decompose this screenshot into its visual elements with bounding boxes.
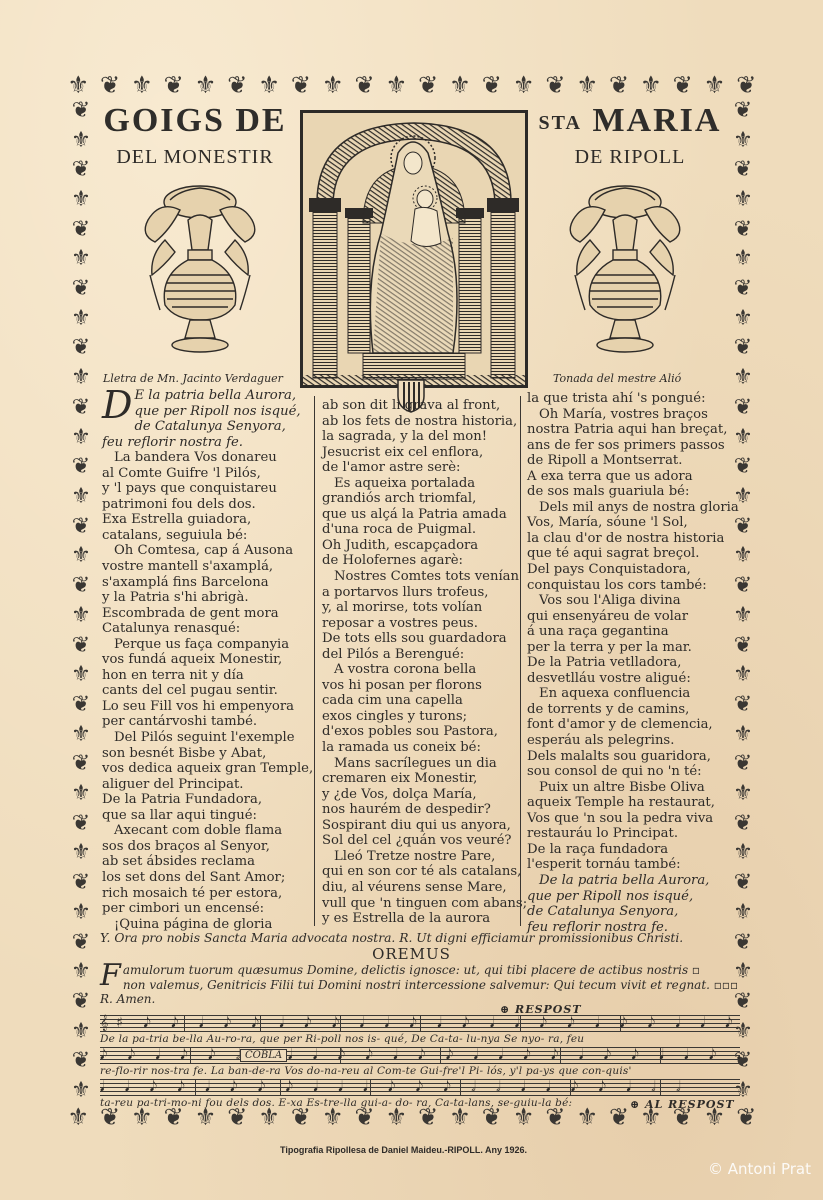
floral-ornament-icon: ❦ (545, 73, 565, 97)
poem-line: de Ripoll a Montserrat. (527, 453, 737, 469)
floral-ornament-icon: ⚜ (733, 189, 753, 211)
poem-line: á una raça gegantina (527, 624, 737, 640)
column-divider-1 (314, 396, 315, 926)
floral-ornament-icon: ⚜ (71, 902, 91, 924)
poem-line: La bandera Vos donareu (102, 450, 312, 466)
floral-ornament-icon: ⚜ (386, 73, 408, 97)
poem-line: Sol del cel ¿quán vos veuré? (322, 833, 522, 849)
poem-line: De la Patria vetlladora, (527, 655, 737, 671)
title-goigs-de: GOIGS DE (95, 103, 295, 139)
poem-line: al Comte Guifre 'l Pilós, (102, 466, 312, 482)
poem-line: Lo seu Fill vos hi empenyora (102, 699, 312, 715)
floral-ornament-icon: ⚜ (195, 73, 217, 97)
floral-ornament-icon: ⚜ (71, 724, 91, 746)
poem-line: Perque us faça companyia (102, 637, 312, 653)
poem-line: restauráu lo Principat. (527, 826, 737, 842)
floral-ornament-icon: ⚜ (71, 605, 91, 627)
poem-line: d'una roca de Puigmal. (322, 522, 522, 538)
poem-line: ab son dit li grava al front, (322, 398, 522, 414)
oremus-heading: OREMUS (0, 945, 823, 963)
poem-line: Dels malalts sou guaridora, (527, 749, 737, 765)
poem-line: s'axamplá fins Barcelona (102, 575, 312, 591)
poem-line: qui en son cor té als catalans, (322, 864, 522, 880)
floral-ornament-icon: ⚜ (71, 367, 91, 389)
floral-ornament-icon: ⚜ (71, 248, 91, 270)
floral-ornament-icon: ❦ (72, 1050, 90, 1072)
poem-line: ans de fer sos primers passos (527, 438, 737, 454)
poem-line: los set dons del Sant Amor; (102, 870, 312, 886)
poem-line: vostre mantell s'axamplá, (102, 559, 312, 575)
poem-dropcap: D (102, 389, 132, 421)
poem-line: cada cim una capella (322, 693, 522, 709)
floral-ornament-icon: ❦ (734, 278, 752, 300)
poem-line: per cimbori un encensé: (102, 901, 312, 917)
floral-ornament-icon: ❦ (72, 813, 90, 835)
collect-dropcap: F (100, 963, 121, 989)
poem-line: nostra Patria aqui han breçat, (527, 422, 737, 438)
music-notes: 𝅘𝅥𝅮 𝅘𝅥𝅮 𝅘𝅥 𝅘𝅥𝅮 𝅘𝅥𝅮 𝅗𝅥 ♯ 𝅘𝅥 𝅘𝅥 𝅘𝅥𝅮 𝅘𝅥𝅮 𝅘𝅥… (100, 1043, 740, 1067)
poem-line: aliguer del Principat. (102, 777, 312, 793)
poem-line: feu reflorir nostra fe. (102, 435, 312, 451)
floral-ornament-icon: ❦ (164, 73, 184, 97)
poem-line: De tots ells sou guardadora (322, 631, 522, 647)
floral-ornament-icon: ⚜ (71, 842, 91, 864)
poem-line: reposar a vostres peus. (322, 616, 522, 632)
collect-line-2: non valemus, Genitricis Filii tui Domini… (100, 978, 740, 993)
poem-line: Oh Comtesa, cap á Ausona (102, 543, 312, 559)
title-block-left: GOIGS DE DEL MONESTIR (95, 103, 295, 169)
floral-ornament-icon: ❦ (72, 397, 90, 419)
poem-line: per la terra y per la mar. (527, 640, 737, 656)
poem-line: Axecant com doble flama (102, 823, 312, 839)
floral-ornament-icon: ⚜ (68, 1105, 90, 1129)
poem-line: Vos, María, sóune 'l Sol, (527, 515, 737, 531)
poem-line: ab los fets de nostra historia, (322, 414, 522, 430)
floral-ornament-icon: ❦ (736, 73, 756, 97)
floral-ornament-icon: ❦ (227, 73, 247, 97)
poem-line: son besnét Bisbe y Abat, (102, 746, 312, 762)
floral-ornament-icon: ❦ (72, 159, 90, 181)
floral-ornament-icon: ⚜ (68, 73, 90, 97)
title-sta-maria: STA MARIA (530, 103, 730, 139)
floral-ornament-icon: ❦ (72, 456, 90, 478)
virgin-and-child-woodcut-icon (300, 110, 528, 388)
floral-ornament-icon: ⚜ (131, 73, 153, 97)
floral-ornament-icon: ⚜ (733, 130, 753, 152)
copyright-watermark: © Antoni Prat (708, 1160, 811, 1178)
poem-line: de torrents y de camins, (527, 702, 737, 718)
collect-prayer: F amulorum tuorum quæsumus Domine, delic… (100, 963, 740, 1007)
floral-ornament-icon: ❦ (72, 516, 90, 538)
floral-ornament-icon: ⚜ (71, 486, 91, 508)
versicle-response: Y. Ora pro nobis Sancta Maria advocata n… (100, 931, 740, 945)
poem-line: sou consol de qui no 'n té: (527, 764, 737, 780)
floral-ornament-icon: ❦ (482, 73, 502, 97)
floral-ornament-icon: ⚜ (640, 73, 662, 97)
border-top: ⚜❦⚜❦⚜❦⚜❦⚜❦⚜❦⚜❦⚜❦⚜❦⚜❦⚜❦ (62, 66, 762, 104)
floral-ornament-icon: ❦ (72, 753, 90, 775)
poem-line: per cantárvoshi també. (102, 714, 312, 730)
subtitle-de-ripoll: DE RIPOLL (530, 145, 730, 169)
poem-line: cremaren eix Monestir, (322, 771, 522, 787)
poem-line: la que trista ahí 's pongué: (527, 391, 737, 407)
floral-ornament-icon: ⚜ (71, 545, 91, 567)
poem-line: ab set ábsides reclama (102, 854, 312, 870)
title-sta-superscript: STA (539, 112, 582, 134)
poem-line: vos fundá aqueix Monestir, (102, 652, 312, 668)
poem-line: Oh María, vostres braços (527, 407, 737, 423)
title-block-right: STA MARIA DE RIPOLL (530, 103, 730, 169)
subtitle-del-monestir: DEL MONESTIR (95, 145, 295, 169)
floral-ornament-icon: ⚜ (513, 73, 535, 97)
poem-line: Dels mil anys de nostra gloria (527, 500, 737, 516)
poem-line: Del pays Conquistadora, (527, 562, 737, 578)
poem-line: patrimoni fou dels dos. (102, 497, 312, 513)
floral-ornament-icon: ⚜ (733, 248, 753, 270)
poem-line: A exa terra que us adora (527, 469, 737, 485)
poem-line: hon en terra nit y día (102, 668, 312, 684)
floral-ornament-icon: ❦ (72, 991, 90, 1013)
floral-ornament-icon: ❦ (72, 219, 90, 241)
poem-line: font d'amor y de clemencia, (527, 717, 737, 733)
floral-ornament-icon: ⚜ (71, 308, 91, 330)
poem-line: Exa Estrella guiadora, (102, 512, 312, 528)
poem-line: diu, al véurens sense Mare, (322, 880, 522, 896)
poem-line: Puix un altre Bisbe Oliva (527, 780, 737, 796)
floral-ornament-icon: ❦ (100, 73, 120, 97)
poem-line: de Catalunya Senyora, (527, 904, 737, 920)
poem-line: vos dedica aqueix gran Temple, (102, 761, 312, 777)
poem-line: conquistau los cors també: (527, 578, 737, 594)
poem-line: del Pilós a Berengué: (322, 647, 522, 663)
poem-line: a portarvos llurs trofeus, (322, 585, 522, 601)
floral-ornament-icon: ⚜ (71, 427, 91, 449)
floral-ornament-icon: ⚜ (322, 73, 344, 97)
cobla-label: COBLA (240, 1049, 287, 1062)
poem-line: de sos mals guariula bé: (527, 484, 737, 500)
floral-ornament-icon: ❦ (673, 73, 693, 97)
collect-line-3: R. Amen. (100, 992, 740, 1007)
poem-line: rich mosaich té per estora, (102, 886, 312, 902)
poem-line: De la Patria Fundadora, (102, 792, 312, 808)
floral-ornament-icon: ❦ (355, 73, 375, 97)
poem-line: Oh Judith, escapçadora (322, 538, 522, 554)
poem-line: que sa llar aqui tingué: (102, 808, 312, 824)
floral-ornament-icon: ❦ (72, 872, 90, 894)
poem-line: De la raça fundadora (527, 842, 737, 858)
poem-line: aqueix Temple ha restaurat, (527, 795, 737, 811)
floral-ornament-icon: ❦ (72, 635, 90, 657)
poem-line: que per Ripoll nos isqué, (527, 889, 737, 905)
poem-line: A vostra corona bella (322, 662, 522, 678)
poem-line: la ramada us coneix bé: (322, 740, 522, 756)
poem-line: catalans, seguiula bé: (102, 528, 312, 544)
floral-ornament-icon: ⚜ (71, 1021, 91, 1043)
poem-line: nos haurém de despedir? (322, 802, 522, 818)
poem-line: exos cingles y turons; (322, 709, 522, 725)
poem-line: l'esperit tornáu també: (527, 857, 737, 873)
floral-ornament-icon: ❦ (734, 337, 752, 359)
floral-ornament-icon: ❦ (734, 159, 752, 181)
floral-ornament-icon: ⚜ (733, 367, 753, 389)
poem-column-1: DE la patria bella Aurora,que per Ripoll… (102, 388, 312, 932)
poem-line: que té aqui sagrat breçol. (527, 546, 737, 562)
poem-line: y 'l pays que conquistareu (102, 481, 312, 497)
al-respost-mark: ⊕ AL RESPOST (630, 1098, 735, 1111)
poem-line: De la patria bella Aurora, (527, 873, 737, 889)
floral-ornament-icon: ❦ (418, 73, 438, 97)
poem-line: d'exos pobles sou Pastora, (322, 724, 522, 740)
floral-ornament-icon: ❦ (72, 100, 90, 122)
poem-line: la sagrada, y la del mon! (322, 429, 522, 445)
poem-line: vos hi posan per florons (322, 678, 522, 694)
poem-line: Sospirant diu qui us anyora, (322, 818, 522, 834)
poem-line: y la Patria s'hi abrigà. (102, 590, 312, 606)
poem-line: la clau d'or de nostra historia (527, 531, 737, 547)
poem-line: desvetlláu vostre aligué: (527, 671, 737, 687)
poem-line: Del Pilós seguint l'exemple (102, 730, 312, 746)
music-notes: 𝅘𝅥 𝅘𝅥 𝅘𝅥𝅮 𝅘𝅥𝅮 𝅘𝅥 𝅘𝅥𝅮 𝅘𝅥𝅮 𝅘𝅥𝅮 𝅘𝅥 𝅘𝅥 𝅘𝅥 𝅘𝅥… (100, 1075, 740, 1099)
poem-line: Es aqueixa portalada (322, 476, 522, 492)
poem-line: Lleó Tretze nostre Pare, (322, 849, 522, 865)
poem-line: En aquexa confluencia (527, 686, 737, 702)
collect-line-1: amulorum tuorum quæsumus Domine, delicti… (100, 963, 740, 978)
floral-ornament-icon: ⚜ (71, 130, 91, 152)
floral-ornament-icon: ⚜ (449, 73, 471, 97)
poem-line: y, al morirse, tots volían (322, 600, 522, 616)
poem-line: y es Estrella de la aurora (322, 911, 522, 927)
poem-column-3: la que trista ahí 's pongué:Oh María, vo… (527, 391, 737, 935)
floral-ornament-icon: ⚜ (704, 73, 726, 97)
poem-line: Escombrada de gent mora (102, 606, 312, 622)
poem-line: grandiós arch triomfal, (322, 491, 522, 507)
floral-ornament-icon: ⚜ (258, 73, 280, 97)
poem-line: E la patria bella Aurora, (102, 388, 312, 404)
floral-ornament-icon: ⚜ (71, 189, 91, 211)
title-maria: MARIA (592, 102, 721, 139)
poem-line: de l'amor astre serè: (322, 460, 522, 476)
floral-ornament-icon: ⚜ (71, 783, 91, 805)
floral-ornament-icon: ❦ (72, 337, 90, 359)
poem-line: sos dos braços al Senyor, (102, 839, 312, 855)
floral-ornament-icon: ❦ (72, 575, 90, 597)
printer-imprint: Tipografia Ripollesa de Daniel Maideu.-R… (280, 1145, 527, 1155)
music-notes: 𝄞♯ 𝅘𝅥𝅮 𝅘𝅥𝅮 𝅘𝅥 𝅘𝅥𝅮 𝅘𝅥𝅮 𝅘𝅥 𝅘𝅥𝅮 𝅘𝅥𝅮 𝅘𝅥 𝅘𝅥 𝅘… (100, 1011, 740, 1035)
flower-vase-left-icon (130, 180, 270, 360)
poem-line: Nostres Comtes tots venían (322, 569, 522, 585)
floral-ornament-icon: ❦ (734, 100, 752, 122)
floral-ornament-icon: ⚜ (577, 73, 599, 97)
column-divider-2 (520, 396, 521, 926)
floral-ornament-icon: ⚜ (71, 664, 91, 686)
floral-ornament-icon: ⚜ (733, 308, 753, 330)
poem-line: que us alçá la Patria amada (322, 507, 522, 523)
poem-line: y ¿de Vos, dolça María, (322, 787, 522, 803)
poem-line: Catalunya renasqué: (102, 621, 312, 637)
floral-ornament-icon: ⚜ (71, 961, 91, 983)
poem-line: Vos sou l'Aliga divina (527, 593, 737, 609)
flower-vase-right-icon (555, 180, 695, 360)
poem-line: Jesucrist eix cel enflora, (322, 445, 522, 461)
poem-line: cants del cel pugau sentir. (102, 683, 312, 699)
floral-ornament-icon: ❦ (291, 73, 311, 97)
poem-line: de Catalunya Senyora, (102, 419, 312, 435)
poem-line: Mans sacrílegues un dia (322, 756, 522, 772)
floral-ornament-icon: ❦ (609, 73, 629, 97)
floral-ornament-icon: ⚜ (71, 1080, 91, 1102)
floral-ornament-icon: ❦ (734, 219, 752, 241)
poem-line: de Holofernes agarè: (322, 553, 522, 569)
poem-column-2: ab son dit li grava al front,ab los fets… (322, 398, 522, 927)
poem-line: esperáu als pelegrins. (527, 733, 737, 749)
music-credit: Tonada del mestre Alió (553, 372, 681, 385)
poem-line: vull que 'n tinguen com abans; (322, 896, 522, 912)
poem-line: qui ensenyáreu de volar (527, 609, 737, 625)
floral-ornament-icon: ❦ (72, 278, 90, 300)
floral-ornament-icon: ❦ (72, 694, 90, 716)
poem-line: ¡Quina página de gloria (102, 917, 312, 933)
poem-line: Vos que 'n sou la pedra viva (527, 811, 737, 827)
poem-line: que per Ripoll nos isqué, (102, 404, 312, 420)
music-staff-3: 𝅘𝅥 𝅘𝅥 𝅘𝅥𝅮 𝅘𝅥𝅮 𝅘𝅥 𝅘𝅥𝅮 𝅘𝅥𝅮 𝅘𝅥𝅮 𝅘𝅥 𝅘𝅥 𝅘𝅥 𝅘𝅥… (100, 1079, 740, 1117)
